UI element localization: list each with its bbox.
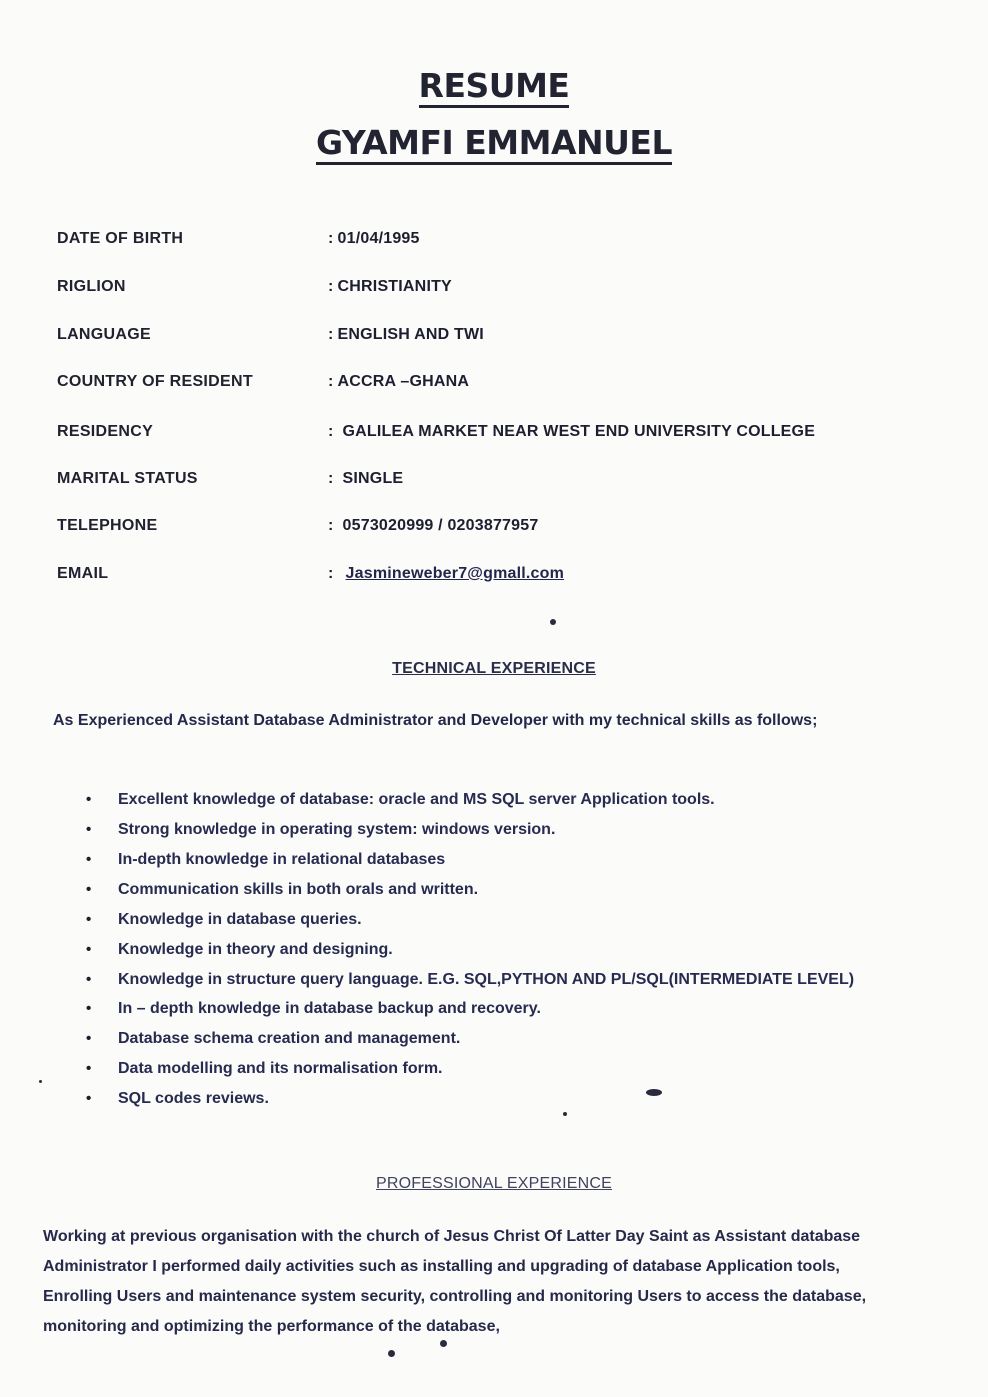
professional-experience-body: Working at previous organisation with th… xyxy=(43,1222,913,1342)
info-label: TELEPHONE xyxy=(57,517,158,535)
list-item: •Knowledge in theory and designing. xyxy=(82,935,902,965)
info-label: RESIDENCY xyxy=(57,423,153,441)
bullet-icon: • xyxy=(86,965,91,994)
list-item: •Knowledge in structure query language. … xyxy=(82,965,902,994)
list-item: •In-depth knowledge in relational databa… xyxy=(82,845,902,875)
list-item: •Excellent knowledge of database: oracle… xyxy=(82,785,902,815)
info-label: DATE OF BIRTH xyxy=(57,230,183,248)
info-value: :GALILEA MARKET NEAR WEST END UNIVERSITY… xyxy=(328,423,815,441)
info-row-residency: RESIDENCY :GALILEA MARKET NEAR WEST END … xyxy=(0,423,988,453)
bullet-icon: • xyxy=(86,1054,91,1084)
info-label: MARITAL STATUS xyxy=(57,470,198,488)
bullet-icon: • xyxy=(86,875,91,905)
bullet-icon: • xyxy=(86,845,91,875)
info-value: :01/04/1995 xyxy=(328,230,420,248)
list-item: •Strong knowledge in operating system: w… xyxy=(82,815,902,845)
info-value: :0573020999 / 0203877957 xyxy=(328,517,538,535)
bullet-icon: • xyxy=(86,815,91,845)
document-title: RESUME xyxy=(0,66,988,105)
scan-smudge xyxy=(646,1089,662,1096)
scan-smudge xyxy=(39,1080,42,1083)
bullet-icon: • xyxy=(86,935,91,965)
info-row-telephone: TELEPHONE :0573020999 / 0203877957 xyxy=(0,517,988,547)
list-item: •Communication skills in both orals and … xyxy=(82,875,902,905)
bullet-icon: • xyxy=(86,905,91,935)
info-row-email: EMAIL :Jasmineweber7@gmall.com xyxy=(0,565,988,595)
professional-experience-heading: PROFESSIONAL EXPERIENCE xyxy=(0,1175,988,1193)
list-item: •Database schema creation and management… xyxy=(82,1024,902,1054)
bullet-icon: • xyxy=(86,1084,91,1114)
bullet-icon: • xyxy=(86,994,91,1024)
info-label: COUNTRY OF RESIDENT xyxy=(57,373,253,391)
scan-smudge xyxy=(440,1340,447,1347)
info-value: :Jasmineweber7@gmall.com xyxy=(328,565,564,583)
info-value: :CHRISTIANITY xyxy=(328,278,452,296)
info-label: EMAIL xyxy=(57,565,108,583)
scan-smudge xyxy=(550,619,556,625)
info-row-language: LANGUAGE :ENGLISH AND TWI xyxy=(0,326,988,356)
info-label: RIGLION xyxy=(57,278,126,296)
info-row-religion: RIGLION :CHRISTIANITY xyxy=(0,278,988,308)
scan-smudge xyxy=(563,1112,567,1116)
resume-page: RESUME GYAMFI EMMANUEL DATE OF BIRTH :01… xyxy=(0,0,988,1397)
list-item: •Knowledge in database queries. xyxy=(82,905,902,935)
info-row-country-of-resident: COUNTRY OF RESIDENT :ACCRA –GHANA xyxy=(0,373,988,403)
technical-experience-intro: As Experienced Assistant Database Admini… xyxy=(53,707,863,735)
info-value: :SINGLE xyxy=(328,470,403,488)
bullet-icon: • xyxy=(86,1024,91,1054)
list-item: •SQL codes reviews. xyxy=(82,1084,902,1114)
info-value: :ACCRA –GHANA xyxy=(328,373,469,391)
skills-list: •Excellent knowledge of database: oracle… xyxy=(82,785,902,1114)
list-item: •In – depth knowledge in database backup… xyxy=(82,994,902,1024)
technical-experience-heading: TECHNICAL EXPERIENCE xyxy=(0,660,988,678)
candidate-name: GYAMFI EMMANUEL xyxy=(0,123,988,162)
scan-smudge xyxy=(388,1350,395,1357)
list-item: •Data modelling and its normalisation fo… xyxy=(82,1054,902,1084)
info-row-marital-status: MARITAL STATUS :SINGLE xyxy=(0,470,988,500)
email-link[interactable]: Jasmineweber7@gmall.com xyxy=(346,565,565,582)
info-row-date-of-birth: DATE OF BIRTH :01/04/1995 xyxy=(0,230,988,260)
info-value: :ENGLISH AND TWI xyxy=(328,326,484,344)
info-label: LANGUAGE xyxy=(57,326,151,344)
bullet-icon: • xyxy=(86,785,91,815)
